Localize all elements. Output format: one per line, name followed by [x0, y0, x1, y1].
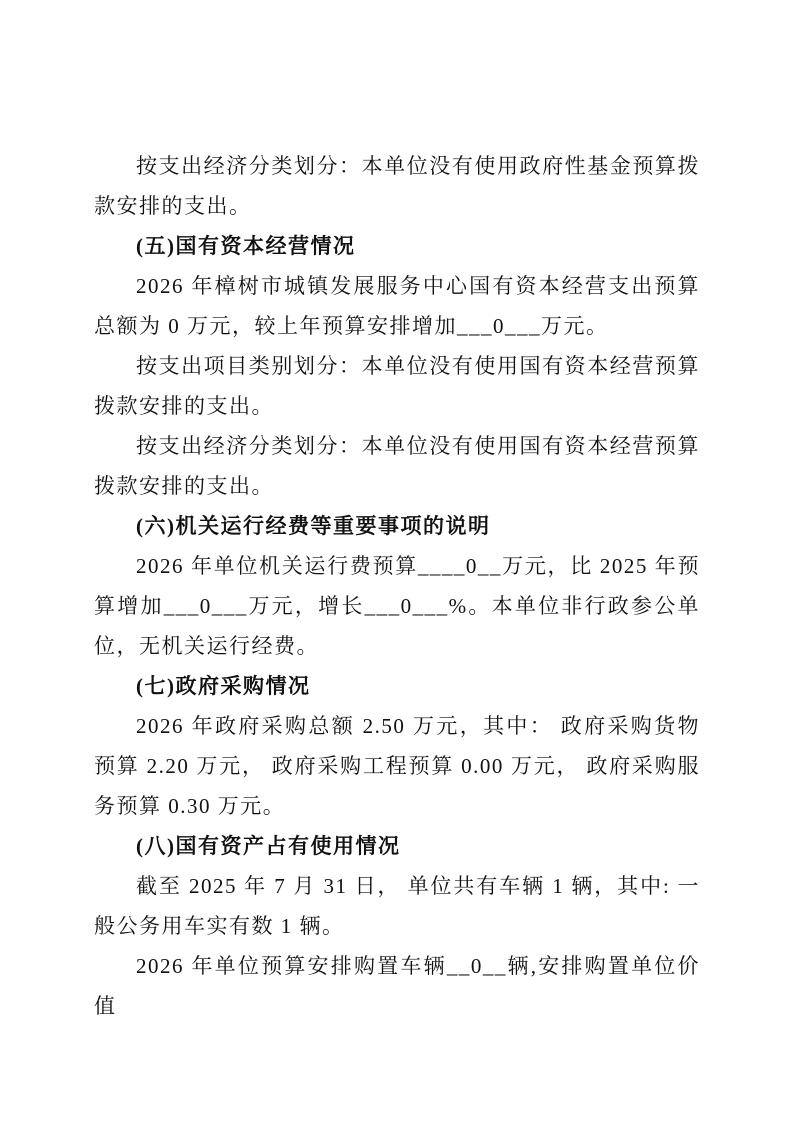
para-soe-budget-total: 2026 年樟树市城镇发展服务中心国有资本经营支出预算总额为 0 万元，较上年预… [94, 266, 700, 346]
para-operating-expense: 2026 年单位机关运行费预算____0__万元，比 2025 年预算增加___… [94, 546, 700, 666]
heading-section-7: (七)政府采购情况 [94, 666, 700, 706]
heading-section-6: (六)机关运行经费等重要事项的说明 [94, 506, 700, 546]
document-body: 按支出经济分类划分：本单位没有使用政府性基金预算拨款安排的支出。 (五)国有资本… [94, 146, 700, 1026]
para-vehicles-planned: 2026 年单位预算安排购置车辆__0__辆,安排购置单位价值 [94, 946, 700, 1026]
para-gov-fund-econ-class: 按支出经济分类划分：本单位没有使用政府性基金预算拨款安排的支出。 [94, 146, 700, 226]
heading-section-8: (八)国有资产占有使用情况 [94, 826, 700, 866]
para-procurement: 2026 年政府采购总额 2.50 万元，其中： 政府采购货物预算 2.20 万… [94, 706, 700, 826]
heading-section-5: (五)国有资本经营情况 [94, 226, 700, 266]
document-page: 按支出经济分类划分：本单位没有使用政府性基金预算拨款安排的支出。 (五)国有资本… [0, 0, 793, 1122]
para-vehicles-current: 截至 2025 年 7 月 31 日， 单位共有车辆 1 辆，其中: 一般公务用… [94, 866, 700, 946]
para-soe-econ-class: 按支出经济分类划分：本单位没有使用国有资本经营预算拨款安排的支出。 [94, 426, 700, 506]
para-soe-project-class: 按支出项目类别划分：本单位没有使用国有资本经营预算拨款安排的支出。 [94, 346, 700, 426]
